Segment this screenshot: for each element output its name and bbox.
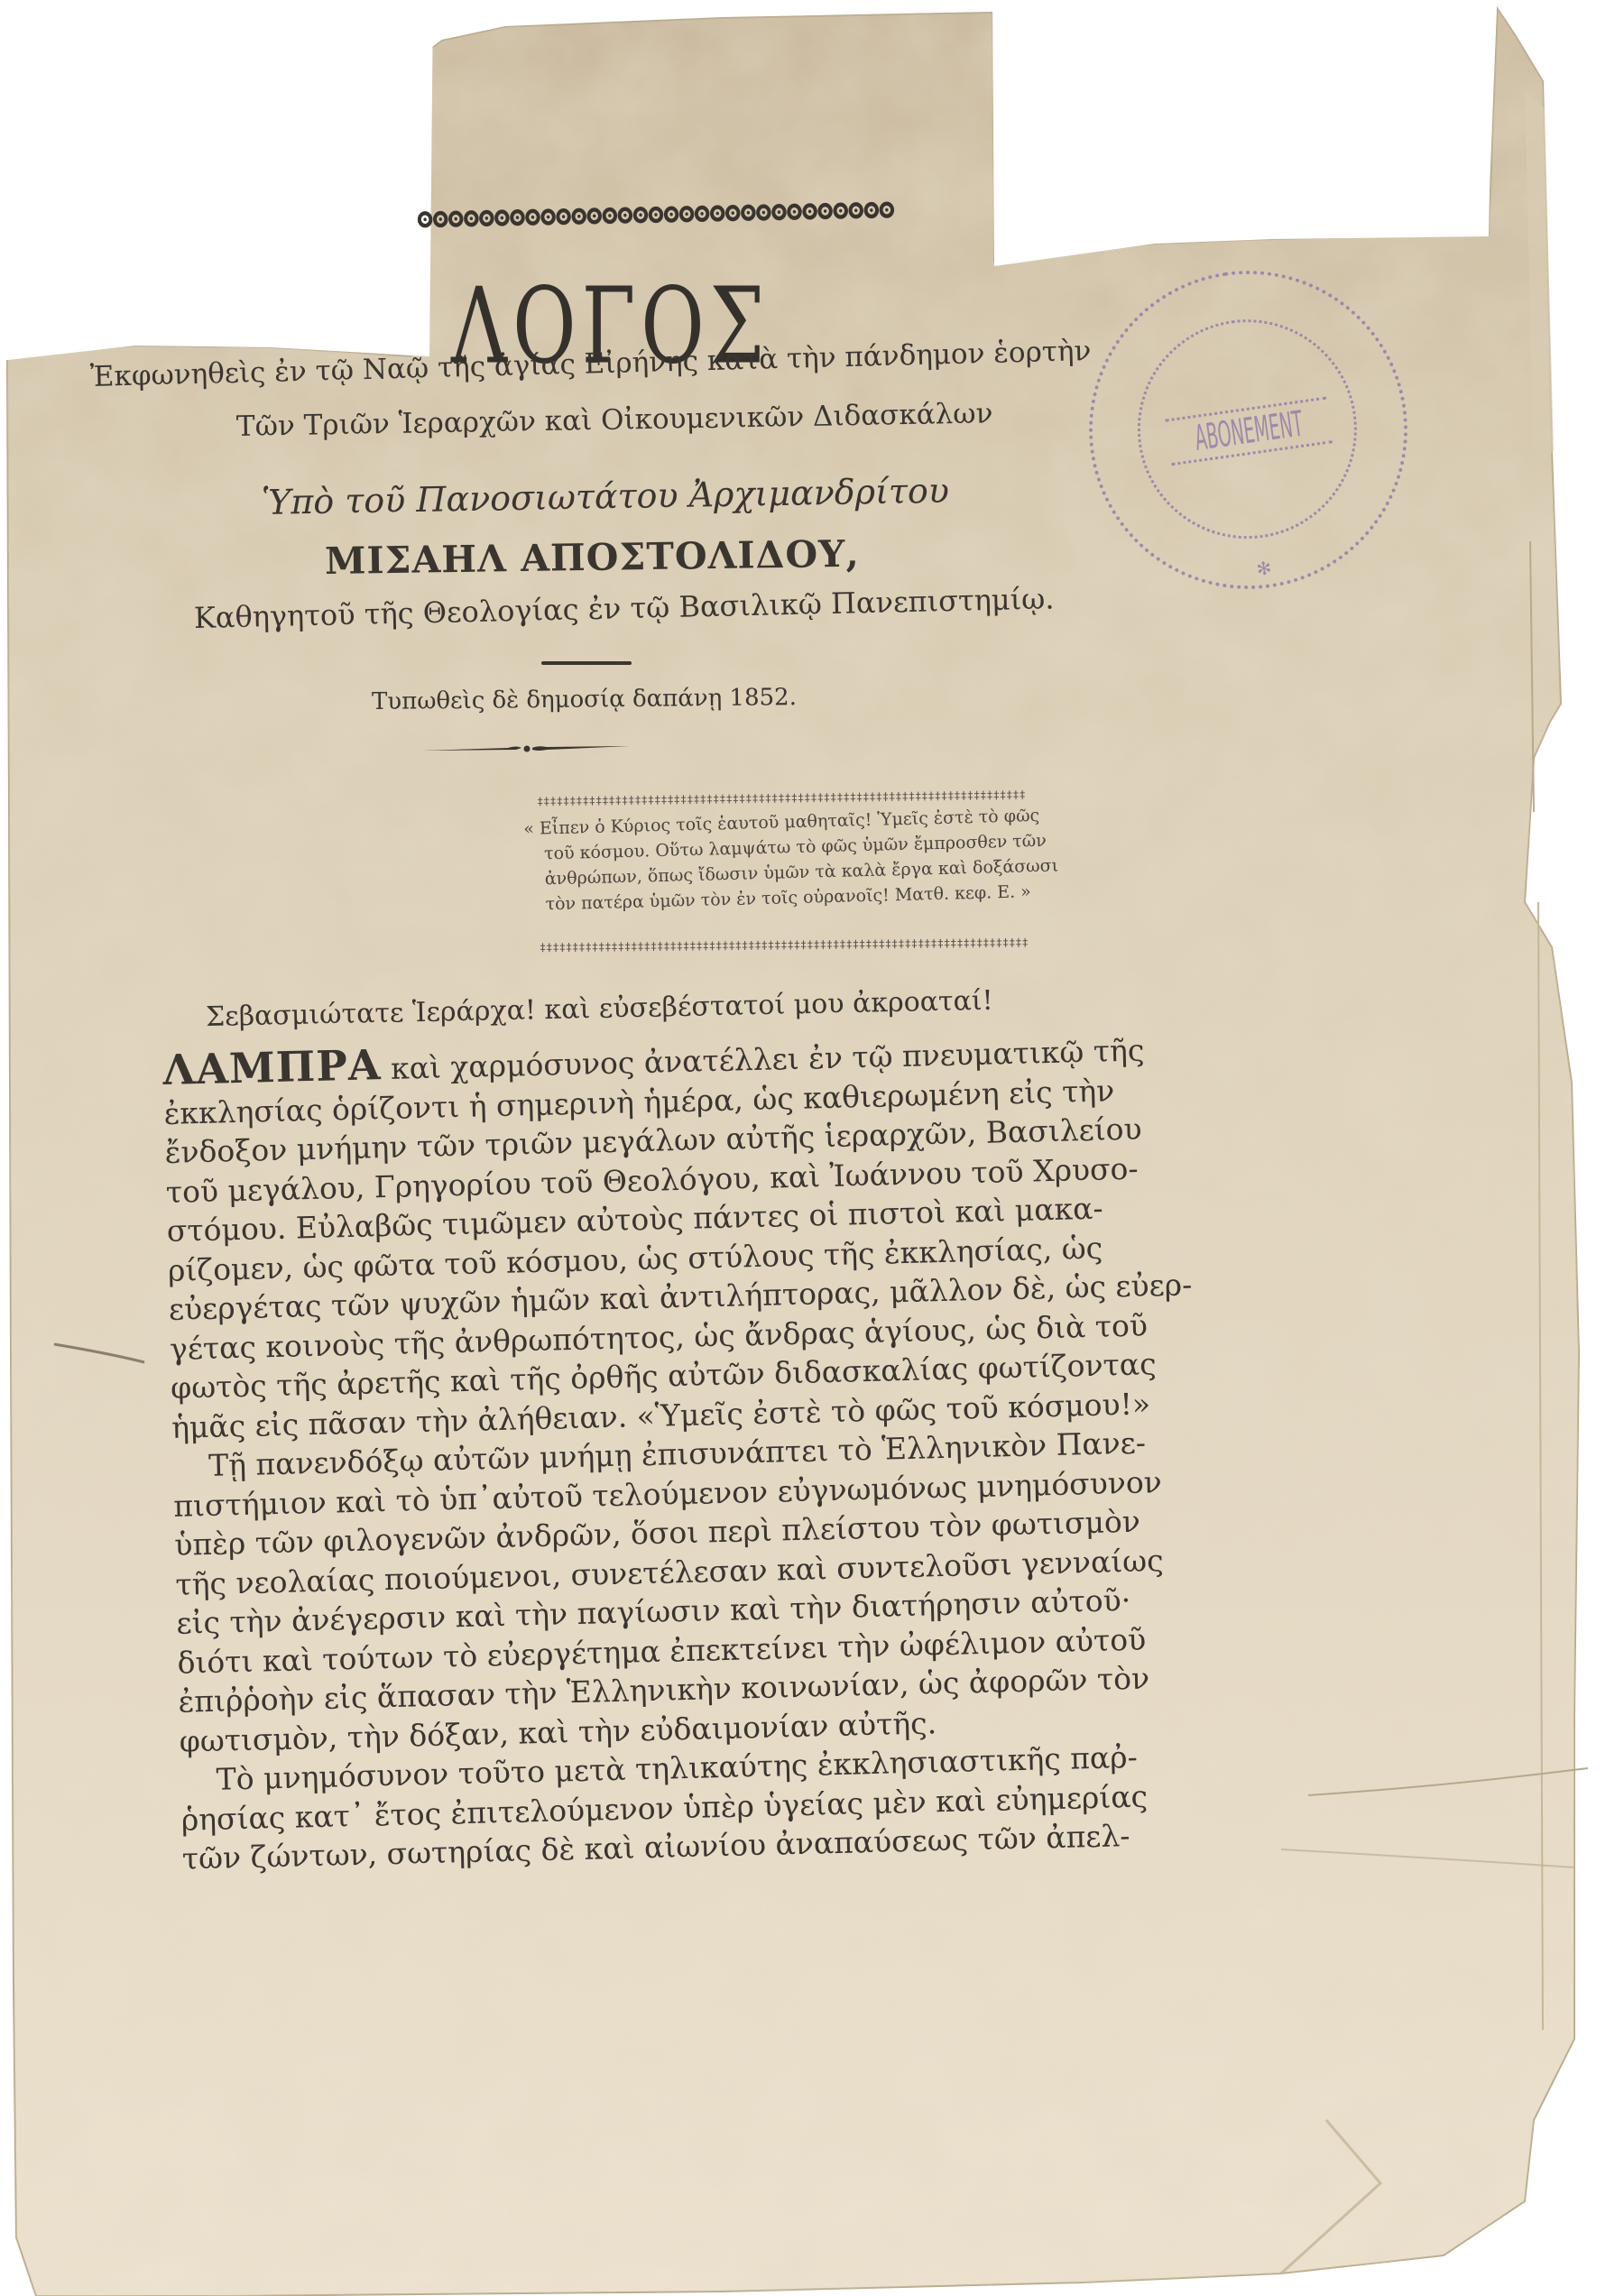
stamp-inner-ring: ABONEMENT [1123,305,1370,552]
ornamental-divider-icon [422,742,630,755]
author-position: Καθηγητοῦ τῆς Θεολογίας ἐν τῷ Βασιλικῷ Π… [194,581,1055,635]
drop-cap-word: ΛΑΜΠΡΑ [162,1040,382,1094]
body-text: ΛΑΜΠΡΑ καὶ χαρμόσυνος ἀνατέλλει ἐν τῷ πν… [162,1028,1139,1878]
salutation: Σεβασμιώτατε Ἱεράρχα! καὶ εὐσεβέστατοί μ… [206,985,993,1033]
document-page: ʘʘʘʘʘʘʘʘʘʘʘʘʘʘʘʘʘʘʘʘʘʘʘʘʘʘʘʘʘʘʘ ΛΟΓΟΣ Ἐκ… [0,0,1624,2296]
library-stamp: ABONEMENT ✻ [1068,250,1428,610]
epigraph-border-bottom: ‡‡‡‡‡‡‡‡‡‡‡‡‡‡‡‡‡‡‡‡‡‡‡‡‡‡‡‡‡‡‡‡‡‡‡‡‡‡‡‡… [540,936,1085,954]
stamp-band: ABONEMENT [1165,397,1332,466]
author-name: ΜΙΣΑΗΛ ΑΠΟΣΤΟΛΙΔΟΥ, [325,532,860,583]
printing-note: Τυπωθεὶς δὲ δημοσίᾳ δαπάνῃ 1852. [372,684,797,715]
ornamental-border: ʘʘʘʘʘʘʘʘʘʘʘʘʘʘʘʘʘʘʘʘʘʘʘʘʘʘʘʘʘʘʘ [417,190,1004,235]
star-icon: ✻ [1255,557,1273,580]
occasion-line-2: Τῶν Τριῶν Ἱεραρχῶν καὶ Οἰκουμενικῶν Διδα… [236,397,993,443]
by-line: Ὑπὸ τοῦ Πανοσιωτάτου Ἀρχιμανδρίτου [262,471,950,522]
stamp-text: ABONEMENT [1192,403,1306,459]
epigraph: « Εἶπεν ὁ Κύριος τοῖς ἑαυτοῦ μαθηταῖς! Ὑ… [523,801,1121,917]
divider-rule [541,661,632,665]
